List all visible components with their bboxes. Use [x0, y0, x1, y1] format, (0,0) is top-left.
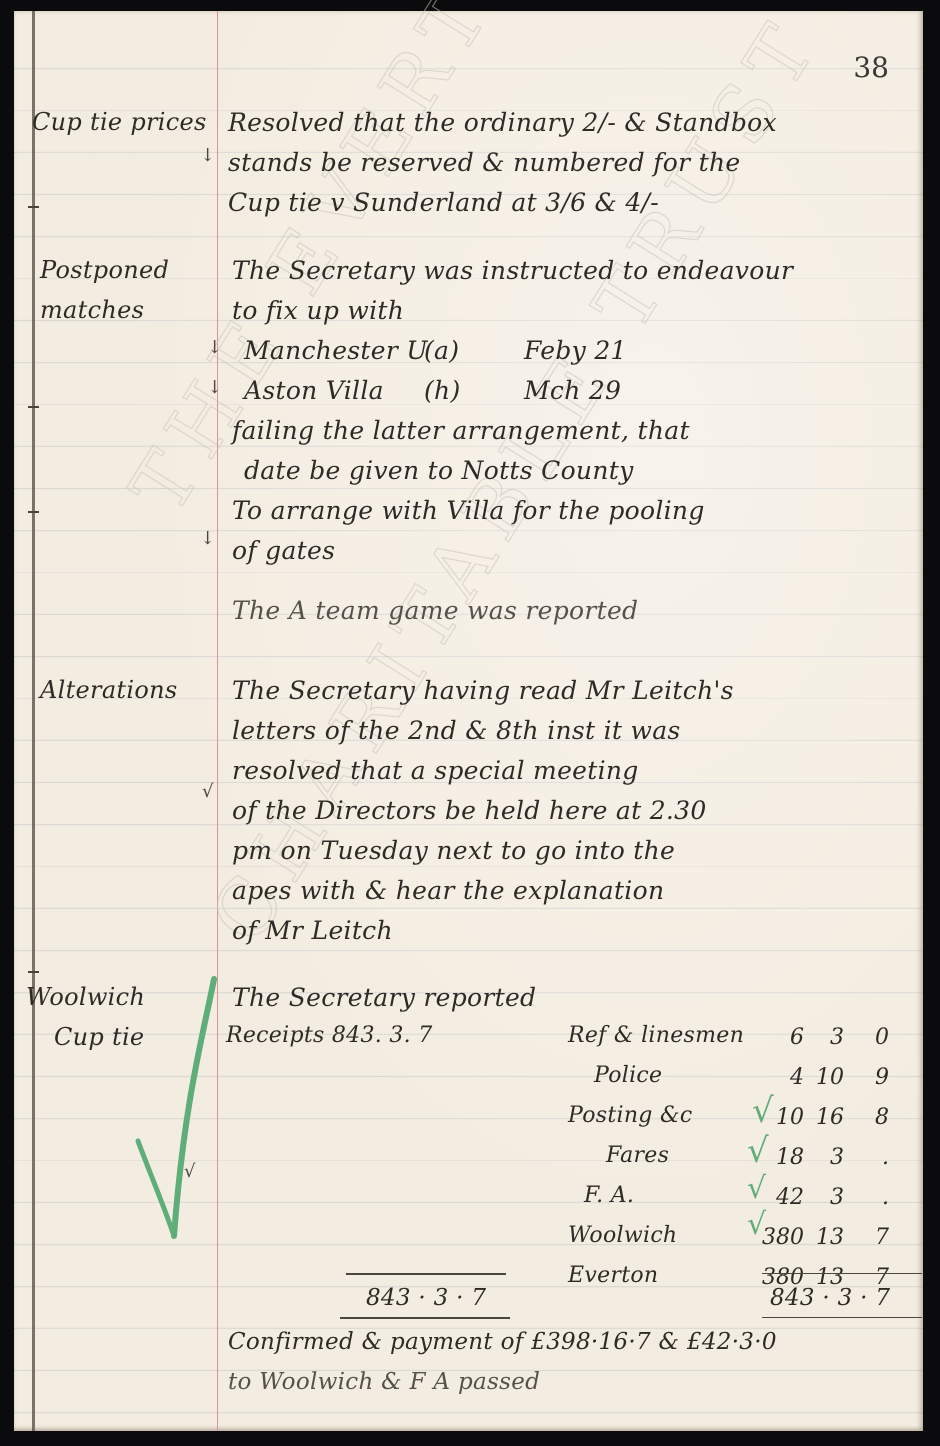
fixture-venue: (h): [424, 376, 461, 405]
entry-line: pm on Tuesday next to go into the: [232, 836, 675, 865]
binding-stitch-line: [32, 11, 35, 1431]
entry-line: letters of the 2nd & 8th inst it was: [232, 716, 681, 745]
green-check-mark-icon: √: [747, 1171, 766, 1206]
green-check-mark-icon: √: [747, 1207, 766, 1242]
expense-item: Posting &c: [568, 1103, 692, 1128]
binding-tick: [28, 406, 39, 408]
green-check-mark-icon: √: [747, 1131, 769, 1171]
entry-heading-woolwich: Woolwich: [26, 983, 145, 1011]
expense-pounds: 6: [774, 1025, 804, 1050]
check-mark-icon: ↓: [200, 145, 215, 166]
total-rule-bottom: [340, 1317, 510, 1319]
expense-pounds: 42: [764, 1185, 804, 1210]
expense-pence: 9: [859, 1065, 889, 1090]
expense-item: Fares: [606, 1143, 669, 1168]
entry-line: of the Directors be held here at 2.30: [232, 796, 707, 825]
expense-pence: 8: [859, 1105, 889, 1130]
expense-item: Everton: [568, 1263, 658, 1288]
check-mark-icon: √: [184, 1161, 195, 1182]
entry-line: The A team game was reported: [232, 596, 638, 625]
fixture-team: Aston Villa: [244, 376, 384, 405]
expense-pence: .: [859, 1185, 889, 1210]
entry-heading-matches: matches: [40, 296, 144, 324]
expense-shillings: 13: [814, 1225, 844, 1250]
check-mark-icon: ↓: [207, 377, 222, 398]
entry-line: of Mr Leitch: [232, 916, 393, 945]
expense-shillings: 3: [814, 1145, 844, 1170]
expense-shillings: 3: [814, 1185, 844, 1210]
entry-line: date be given to Notts County: [244, 456, 634, 485]
entry-line: The Secretary having read Mr Leitch's: [232, 676, 734, 705]
total-rule-top: [346, 1273, 506, 1275]
entry-line: Cup tie v Sunderland at 3/6 & 4/-: [228, 188, 659, 217]
fixture-venue: (a): [424, 336, 459, 365]
check-mark-icon: √: [202, 781, 213, 802]
entry-heading-cup-tie: Cup tie: [54, 1023, 144, 1051]
expenses-total: 843 · 3 · 7: [770, 1285, 890, 1311]
receipts-line: Receipts 843. 3. 7: [226, 1023, 433, 1048]
entry-line: to fix up with: [232, 296, 404, 325]
green-check-mark-icon: [134, 971, 234, 1241]
total-rule-bottom: [762, 1317, 922, 1318]
expense-pence: 7: [859, 1225, 889, 1250]
closing-line: Confirmed & payment of £398·16·7 & £42·3…: [228, 1329, 777, 1355]
binding-tick: [28, 971, 39, 973]
fixture-date: Mch 29: [524, 376, 621, 405]
entry-line: The Secretary reported: [232, 983, 536, 1012]
receipts-total: 843 · 3 · 7: [366, 1285, 486, 1311]
expense-shillings: 3: [814, 1025, 844, 1050]
entry-line: stands be reserved & numbered for the: [228, 148, 740, 177]
binding-tick: [28, 511, 39, 513]
fixture-date: Feby 21: [524, 336, 627, 365]
expense-shillings: 10: [814, 1065, 844, 1090]
entry-line: resolved that a special meeting: [232, 756, 639, 785]
expense-pounds: 4: [774, 1065, 804, 1090]
expense-item: Woolwich: [568, 1223, 677, 1248]
entry-line: failing the latter arrangement, that: [232, 416, 690, 445]
entry-line: Resolved that the ordinary 2/- & Standbo…: [228, 108, 777, 137]
entry-heading-alterations: Alterations: [40, 676, 177, 704]
expense-shillings: 16: [814, 1105, 844, 1130]
check-mark-icon: ↓: [200, 528, 215, 549]
fixture-team: Manchester U: [244, 336, 428, 365]
binding-tick: [28, 206, 39, 208]
ledger-page: THE EVERTON COLLECTION CHARITABLE TRUST …: [14, 11, 923, 1431]
entry-line: To arrange with Villa for the pooling: [232, 496, 705, 525]
entry-line: The Secretary was instructed to endeavou…: [232, 256, 793, 285]
green-check-mark-icon: √: [752, 1091, 774, 1131]
expense-item: F. A.: [584, 1183, 634, 1208]
check-mark-icon: ↓: [207, 337, 222, 358]
expense-item: Ref & linesmen: [568, 1023, 744, 1048]
expense-pence: .: [859, 1145, 889, 1170]
expense-pence: 0: [859, 1025, 889, 1050]
expense-item: Police: [594, 1063, 662, 1088]
page-number: 38: [853, 51, 889, 84]
entry-line: of gates: [232, 536, 335, 565]
total-rule-top: [762, 1273, 922, 1274]
closing-line: to Woolwich & F A passed: [228, 1369, 540, 1395]
entry-line: apes with & hear the explanation: [232, 876, 664, 905]
entry-heading-cup-tie-prices: Cup tie prices: [32, 108, 207, 136]
expense-pounds: 18: [764, 1145, 804, 1170]
entry-heading-postponed: Postponed: [40, 256, 169, 284]
